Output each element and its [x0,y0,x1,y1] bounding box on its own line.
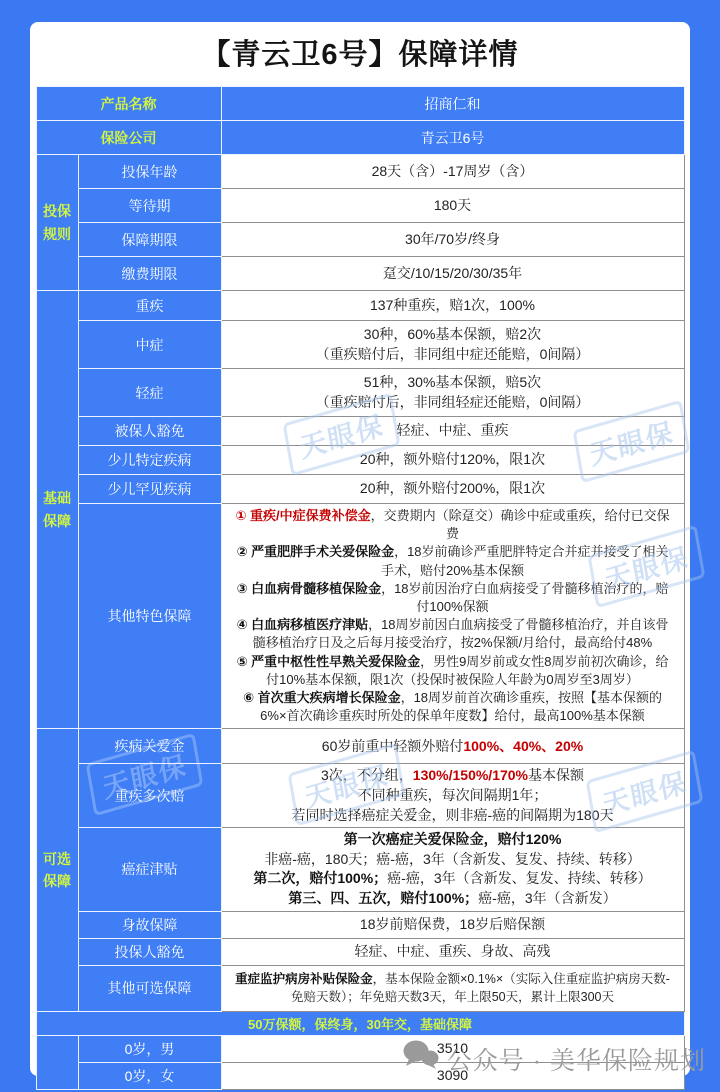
premium-male-label: 0岁，男 [78,1035,221,1062]
child-specific-label: 少儿特定疾病 [78,446,221,475]
cancer-line2: 非癌-癌，180天；癌-癌，3年（含新发、复发、持续、转移） [232,850,674,870]
row-insured-waiver: 被保人豁免 轻症、中症、重疾 [36,417,684,446]
special-item-2-rest: ，18岁前确诊严重肥胖特定合并症并接受了相关手术，赔付20%基本保额 [381,544,669,577]
payment-term-value: 趸交/10/15/20/30/35年 [221,257,684,291]
holder-waiver-value: 轻症、中症、重疾、身故、高残 [221,938,684,965]
row-premium-banner: 50万保额，保终身，30年交，基础保障 [36,1011,684,1035]
section-rules: 投保规则 [36,155,78,291]
moderate-line1: 30种，60%基本保额，赔2次 [232,325,674,345]
multi-claim-value: 3次，不分组，130%/150%/170%基本保额 不同种重疾，每次间隔期1年；… [221,764,684,828]
company-value: 青云卫6号 [221,121,684,155]
multi-claim-l1-red: 130%/150%/170% [413,767,528,783]
row-child-rare: 少儿罕见疾病 20种，额外赔付200%，限1次 [36,475,684,504]
multi-claim-label: 重疾多次赔 [78,764,221,828]
row-cancer-allowance: 癌症津贴 第一次癌症关爱保险金，赔付120% 非癌-癌，180天；癌-癌，3年（… [36,828,684,911]
cancer-l3-rest: 癌-癌，3年（含新发、复发、持续、转移） [387,870,651,886]
special-item-5-head: ⑤ 严重中枢性性早熟关爱保险金 [236,654,420,669]
special-item-1-rest: ，交费期内（除趸交）确诊中症或重疾，给付已交保费 [371,508,670,541]
row-special-benefits: 其他特色保障 ① 重疾/中症保费补偿金，交费期内（除趸交）确诊中症或重疾，给付已… [36,504,684,729]
child-specific-value: 20种，额外赔付120%，限1次 [221,446,684,475]
row-mild-illness: 轻症 51种，30%基本保额，赔5次 （重疾赔付后，非同组轻症还能赔，0间隔） [36,369,684,417]
special-item-2: ② 严重肥胖手术关爱保险金，18岁前确诊严重肥胖特定合并症并接受了相关手术，赔付… [232,543,674,579]
special-item-3-rest: ，18岁前因治疗白血病接受了骨髓移植治疗的，赔付100%保额 [381,581,668,614]
row-moderate-illness: 中症 30种，60%基本保额，赔2次 （重疾赔付后，非同组中症还能赔，0间隔） [36,321,684,369]
footer-credit: 公众号 · 美华保险规划 [403,1040,706,1077]
section-basic: 基础保障 [36,291,78,729]
mild-illness-label: 轻症 [78,369,221,417]
row-entry-age: 投保规则 投保年龄 28天（含）-17周岁（含） [36,155,684,189]
row-product-name: 产品名称 招商仁和 [36,87,684,121]
disease-care-red: 100%、40%、20% [463,738,583,754]
multi-claim-line2: 不同种重疾，每次间隔期1年； [232,786,674,806]
moderate-illness-value: 30种，60%基本保额，赔2次 （重疾赔付后，非同组中症还能赔，0间隔） [221,321,684,369]
special-benefits-value: ① 重疾/中症保费补偿金，交费期内（除趸交）确诊中症或重疾，给付已交保费 ② 严… [221,504,684,729]
special-item-1: ① 重疾/中症保费补偿金，交费期内（除趸交）确诊中症或重疾，给付已交保费 [232,507,674,543]
product-name-label: 产品名称 [36,87,221,121]
row-coverage-term: 保障期限 30年/70岁/终身 [36,223,684,257]
special-item-4-head: ④ 白血病移植医疗津贴 [236,617,368,632]
waiting-period-label: 等待期 [78,189,221,223]
row-multi-claim: 重疾多次赔 3次，不分组，130%/150%/170%基本保额 不同种重疾，每次… [36,764,684,828]
special-item-6-head: ⑥ 首次重大疾病增长保险金 [243,690,401,705]
premium-section-spacer [36,1035,78,1089]
cancer-l4-bold: 第三、四、五次，赔付100%； [288,890,478,906]
row-disease-care: 可选保障 疾病关爱金 60岁前重中轻额外赔付100%、40%、20% [36,729,684,764]
multi-claim-l1-pre: 3次，不分组， [321,767,413,783]
insured-waiver-label: 被保人豁免 [78,417,221,446]
critical-illness-label: 重疾 [78,291,221,321]
child-rare-value: 20种，额外赔付200%，限1次 [221,475,684,504]
row-holder-waiver: 投保人豁免 轻症、中症、重疾、身故、高残 [36,938,684,965]
other-optional-label: 其他可选保障 [78,965,221,1011]
disease-care-label: 疾病关爱金 [78,729,221,764]
cancer-l4-rest: 癌-癌，3年（含新发） [478,890,616,906]
row-company: 保险公司 青云卫6号 [36,121,684,155]
coverage-term-label: 保障期限 [78,223,221,257]
special-item-2-head: ② 严重肥胖手术关爱保险金 [236,544,394,559]
critical-illness-value: 137种重疾，赔1次，100% [221,291,684,321]
other-optional-bold: 重症监护病房补贴保险金 [235,972,373,986]
entry-age-label: 投保年龄 [78,155,221,189]
mild-line2: （重疾赔付后，非同组轻症还能赔，0间隔） [232,393,674,413]
entry-age-value: 28天（含）-17周岁（含） [221,155,684,189]
special-item-6: ⑥ 首次重大疾病增长保险金，18周岁前首次确诊重疾，按照【基本保额的6%×首次确… [232,689,674,725]
special-item-1-head: ① 重疾/中症保费补偿金 [235,508,370,523]
multi-claim-line1: 3次，不分组，130%/150%/170%基本保额 [232,766,674,786]
company-label: 保险公司 [36,121,221,155]
row-other-optional: 其他可选保障 重症监护病房补贴保险金，基本保险金额×0.1%×（实际入住重症监护… [36,965,684,1011]
death-benefit-label: 身故保障 [78,911,221,938]
cancer-line1: 第一次癌症关爱保险金，赔付120% [232,830,674,850]
child-rare-label: 少儿罕见疾病 [78,475,221,504]
cancer-l3-bold: 第二次，赔付100%； [253,870,387,886]
waiting-period-value: 180天 [221,189,684,223]
row-death-benefit: 身故保障 18岁前赔保费，18岁后赔保额 [36,911,684,938]
row-payment-term: 缴费期限 趸交/10/15/20/30/35年 [36,257,684,291]
content-card: 【青云卫6号】保障详情 产品名称 招商仁和 保险公司 青云卫6号 投保规则 投保… [30,22,690,1076]
cancer-line4: 第三、四、五次，赔付100%；癌-癌，3年（含新发） [232,889,674,909]
other-optional-value: 重症监护病房补贴保险金，基本保险金额×0.1%×（实际入住重症监护病房天数-免赔… [221,965,684,1011]
special-item-3-head: ③ 白血病骨髓移植保险金 [236,581,381,596]
moderate-illness-label: 中症 [78,321,221,369]
row-waiting-period: 等待期 180天 [36,189,684,223]
mild-illness-value: 51种，30%基本保额，赔5次 （重疾赔付后，非同组轻症还能赔，0间隔） [221,369,684,417]
product-name-value: 招商仁和 [221,87,684,121]
disease-care-pre: 60岁前重中轻额外赔付 [322,738,464,754]
cancer-allowance-label: 癌症津贴 [78,828,221,911]
page-title: 【青云卫6号】保障详情 [30,28,690,82]
death-benefit-value: 18岁前赔保费，18岁后赔保额 [221,911,684,938]
insured-waiver-value: 轻症、中症、重疾 [221,417,684,446]
coverage-term-value: 30年/70岁/终身 [221,223,684,257]
cancer-allowance-value: 第一次癌症关爱保险金，赔付120% 非癌-癌，180天；癌-癌，3年（含新发、复… [221,828,684,911]
special-item-4: ④ 白血病移植医疗津贴，18周岁前因白血病接受了骨髓移植治疗，并自该骨髓移植治疗… [232,616,674,652]
special-benefits-label: 其他特色保障 [78,504,221,729]
special-item-5: ⑤ 严重中枢性性早熟关爱保险金，男性9周岁前或女性8周岁前初次确诊，给付10%基… [232,653,674,689]
premium-female-label: 0岁，女 [78,1062,221,1089]
special-item-3: ③ 白血病骨髓移植保险金，18岁前因治疗白血病接受了骨髓移植治疗的，赔付100%… [232,580,674,616]
chat-bubbles-icon [403,1040,439,1077]
mild-line1: 51种，30%基本保额，赔5次 [232,373,674,393]
cancer-line3: 第二次，赔付100%；癌-癌，3年（含新发、复发、持续、转移） [232,869,674,889]
footer-text: 公众号 · 美华保险规划 [447,1041,706,1077]
row-child-specific: 少儿特定疾病 20种，额外赔付120%，限1次 [36,446,684,475]
payment-term-label: 缴费期限 [78,257,221,291]
multi-claim-line3: 若同时选择癌症关爱金，则非癌-癌的间隔期为180天 [232,806,674,826]
holder-waiver-label: 投保人豁免 [78,938,221,965]
multi-claim-l1-post: 基本保额 [528,767,584,783]
premium-banner: 50万保额，保终身，30年交，基础保障 [36,1011,684,1035]
moderate-line2: （重疾赔付后，非同组中症还能赔，0间隔） [232,345,674,365]
row-critical-illness: 基础保障 重疾 137种重疾，赔1次，100% [36,291,684,321]
coverage-table: 产品名称 招商仁和 保险公司 青云卫6号 投保规则 投保年龄 28天（含）-17… [36,86,685,1090]
disease-care-value: 60岁前重中轻额外赔付100%、40%、20% [221,729,684,764]
section-optional: 可选保障 [36,729,78,1011]
